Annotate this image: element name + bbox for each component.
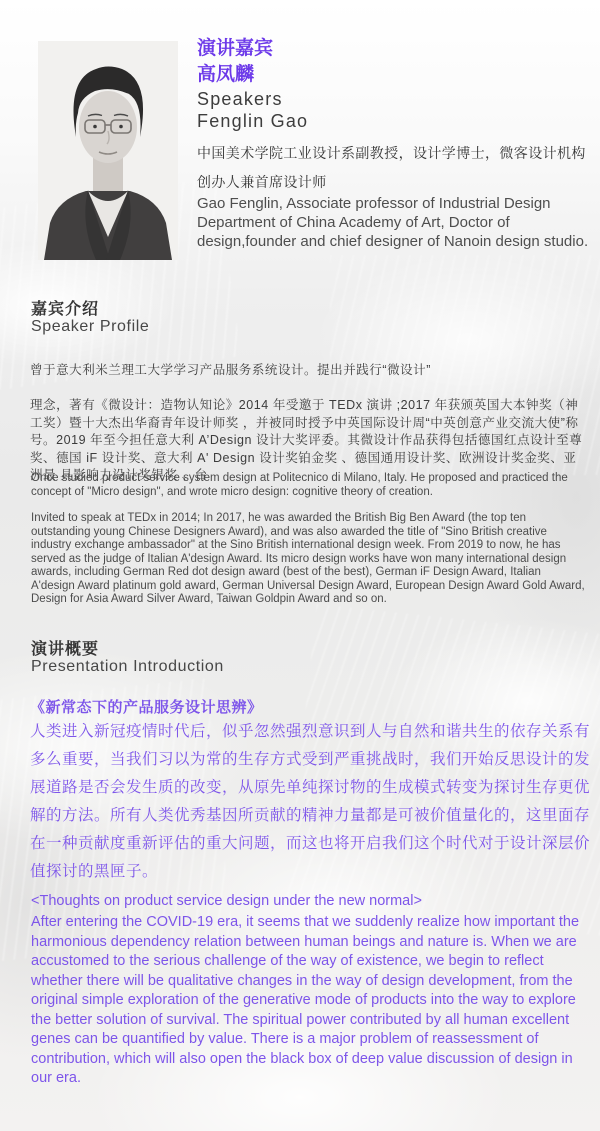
profile-paragraph-1-en: Once studied product service system desi… [31,472,587,499]
photo-face [79,91,137,163]
speaker-title-zh: 演讲嘉宾 高凤麟 [197,36,273,88]
photo-eye [119,125,123,129]
speaker-description-en: Gao Fenglin, Associate professor of Indu… [197,194,597,251]
speaker-role-en: Speakers [197,88,308,110]
speaker-flyer-page: 演讲嘉宾 高凤麟 Speakers Fenglin Gao 中国美术学院工业设计… [0,0,600,1131]
profile-paragraph-1-zh: 曾于意大利米兰理工大学学习产品服务系统设计。提出并践行“微设计” [30,362,588,380]
talk-title-en: <Thoughts on product service design unde… [31,893,589,909]
talk-abstract-zh: 人类进入新冠疫情时代后，似乎忽然强烈意识到人与自然和谐共生的依存关系有多么重要，… [30,718,590,886]
talk-title-zh: 《新常态下的产品服务设计思辨》 [30,696,588,717]
profile-heading-en: Speaker Profile [31,318,149,336]
photo-eye [93,125,97,129]
speaker-name-en: Fenglin Gao [197,110,308,132]
speaker-name-zh: 高凤麟 [197,62,273,88]
talk-abstract-en: After entering the COVID-19 era, it seem… [31,913,583,1089]
presentation-heading-en: Presentation Introduction [31,658,224,676]
speaker-photo [38,41,178,260]
profile-heading-zh: 嘉宾介绍 [31,296,99,319]
profile-paragraph-2-en: Invited to speak at TEDx in 2014; In 201… [31,512,587,607]
presentation-heading-zh: 演讲概要 [31,636,99,659]
speaker-description-zh: 中国美术学院工业设计系副教授，设计学博士，微客设计机构创办人兼首席设计师 [197,139,595,197]
speaker-role-zh: 演讲嘉宾 [197,36,273,62]
speaker-title-en: Speakers Fenglin Gao [197,88,308,132]
